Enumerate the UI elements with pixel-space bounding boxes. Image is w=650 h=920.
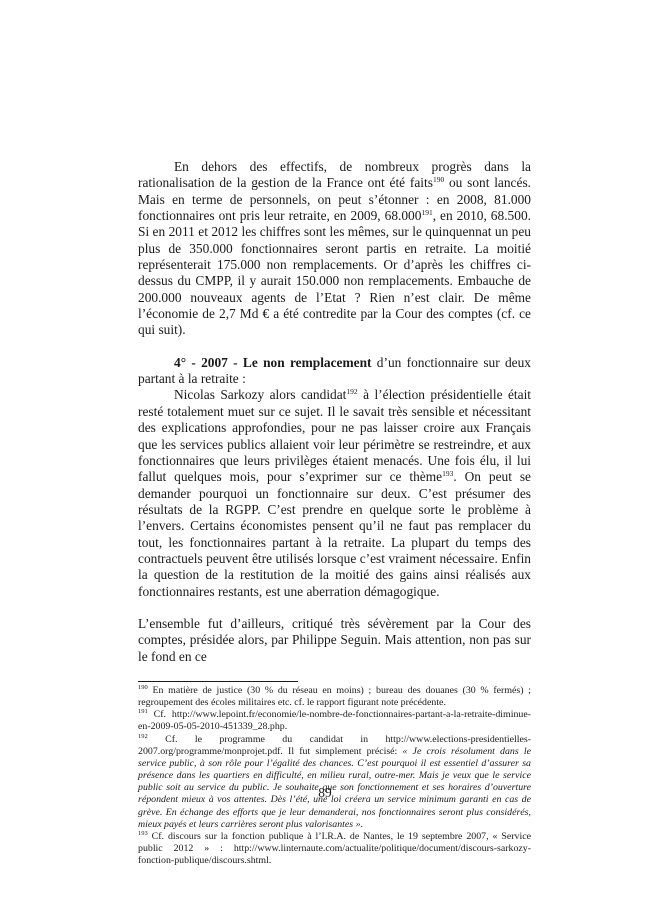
footnote-190: 190 En matière de justice (30 % du résea… (138, 685, 531, 709)
text-run: , en 2010, 68.500. Si en 2011 et 2012 le… (138, 208, 531, 337)
footnote-192: 192 Cf. le programme du candidat in http… (138, 734, 531, 831)
section-heading-paragraph: 4° - 2007 - Le non remplacement d’un fon… (138, 355, 531, 388)
footnote-number: 192 (138, 733, 148, 740)
footnote-text: En matière de justice (30 % du réseau en… (138, 685, 531, 708)
paragraph-gap (138, 339, 531, 355)
section-heading: 4° - 2007 - Le non remplacement (174, 355, 372, 370)
footnote-ref-191[interactable]: 191 (421, 208, 432, 217)
footnote-link[interactable]: Cf. discours sur la fonction publique à … (138, 831, 531, 866)
body-text: En dehors des effectifs, de nombreux pro… (138, 159, 531, 665)
footnote-193: 193 Cf. discours sur la fonction publiqu… (138, 831, 531, 867)
paragraph-gap (138, 600, 531, 616)
paragraph-ensemble: L’ensemble fut d’ailleurs, critiqué très… (138, 616, 531, 665)
footnote-link[interactable]: Cf. http://www.lepoint.fr/economie/le-no… (138, 709, 531, 732)
document-page: En dehors des effectifs, de nombreux pro… (138, 159, 531, 867)
footnote-number: 193 (138, 830, 148, 837)
paragraph-effectifs: En dehors des effectifs, de nombreux pro… (138, 159, 531, 339)
footnote-text: . (361, 819, 363, 830)
text-run: . On peut se demander pourquoi un foncti… (138, 469, 531, 598)
footnote-number: 190 (138, 684, 148, 691)
footnote-number: 191 (138, 708, 148, 715)
paragraph-sarkozy: Nicolas Sarkozy alors candidat192 à l’él… (138, 387, 531, 599)
footnote-ref-190[interactable]: 190 (433, 175, 444, 184)
footnote-ref-193[interactable]: 193 (442, 469, 453, 478)
footnote-191: 191 Cf. http://www.lepoint.fr/economie/l… (138, 709, 531, 733)
page-number: 89 (0, 785, 650, 801)
footnotes: 190 En matière de justice (30 % du résea… (138, 685, 531, 867)
footnote-separator (138, 681, 298, 682)
footnote-ref-192[interactable]: 192 (346, 387, 357, 396)
text-run: Nicolas Sarkozy alors candidat (174, 387, 346, 402)
